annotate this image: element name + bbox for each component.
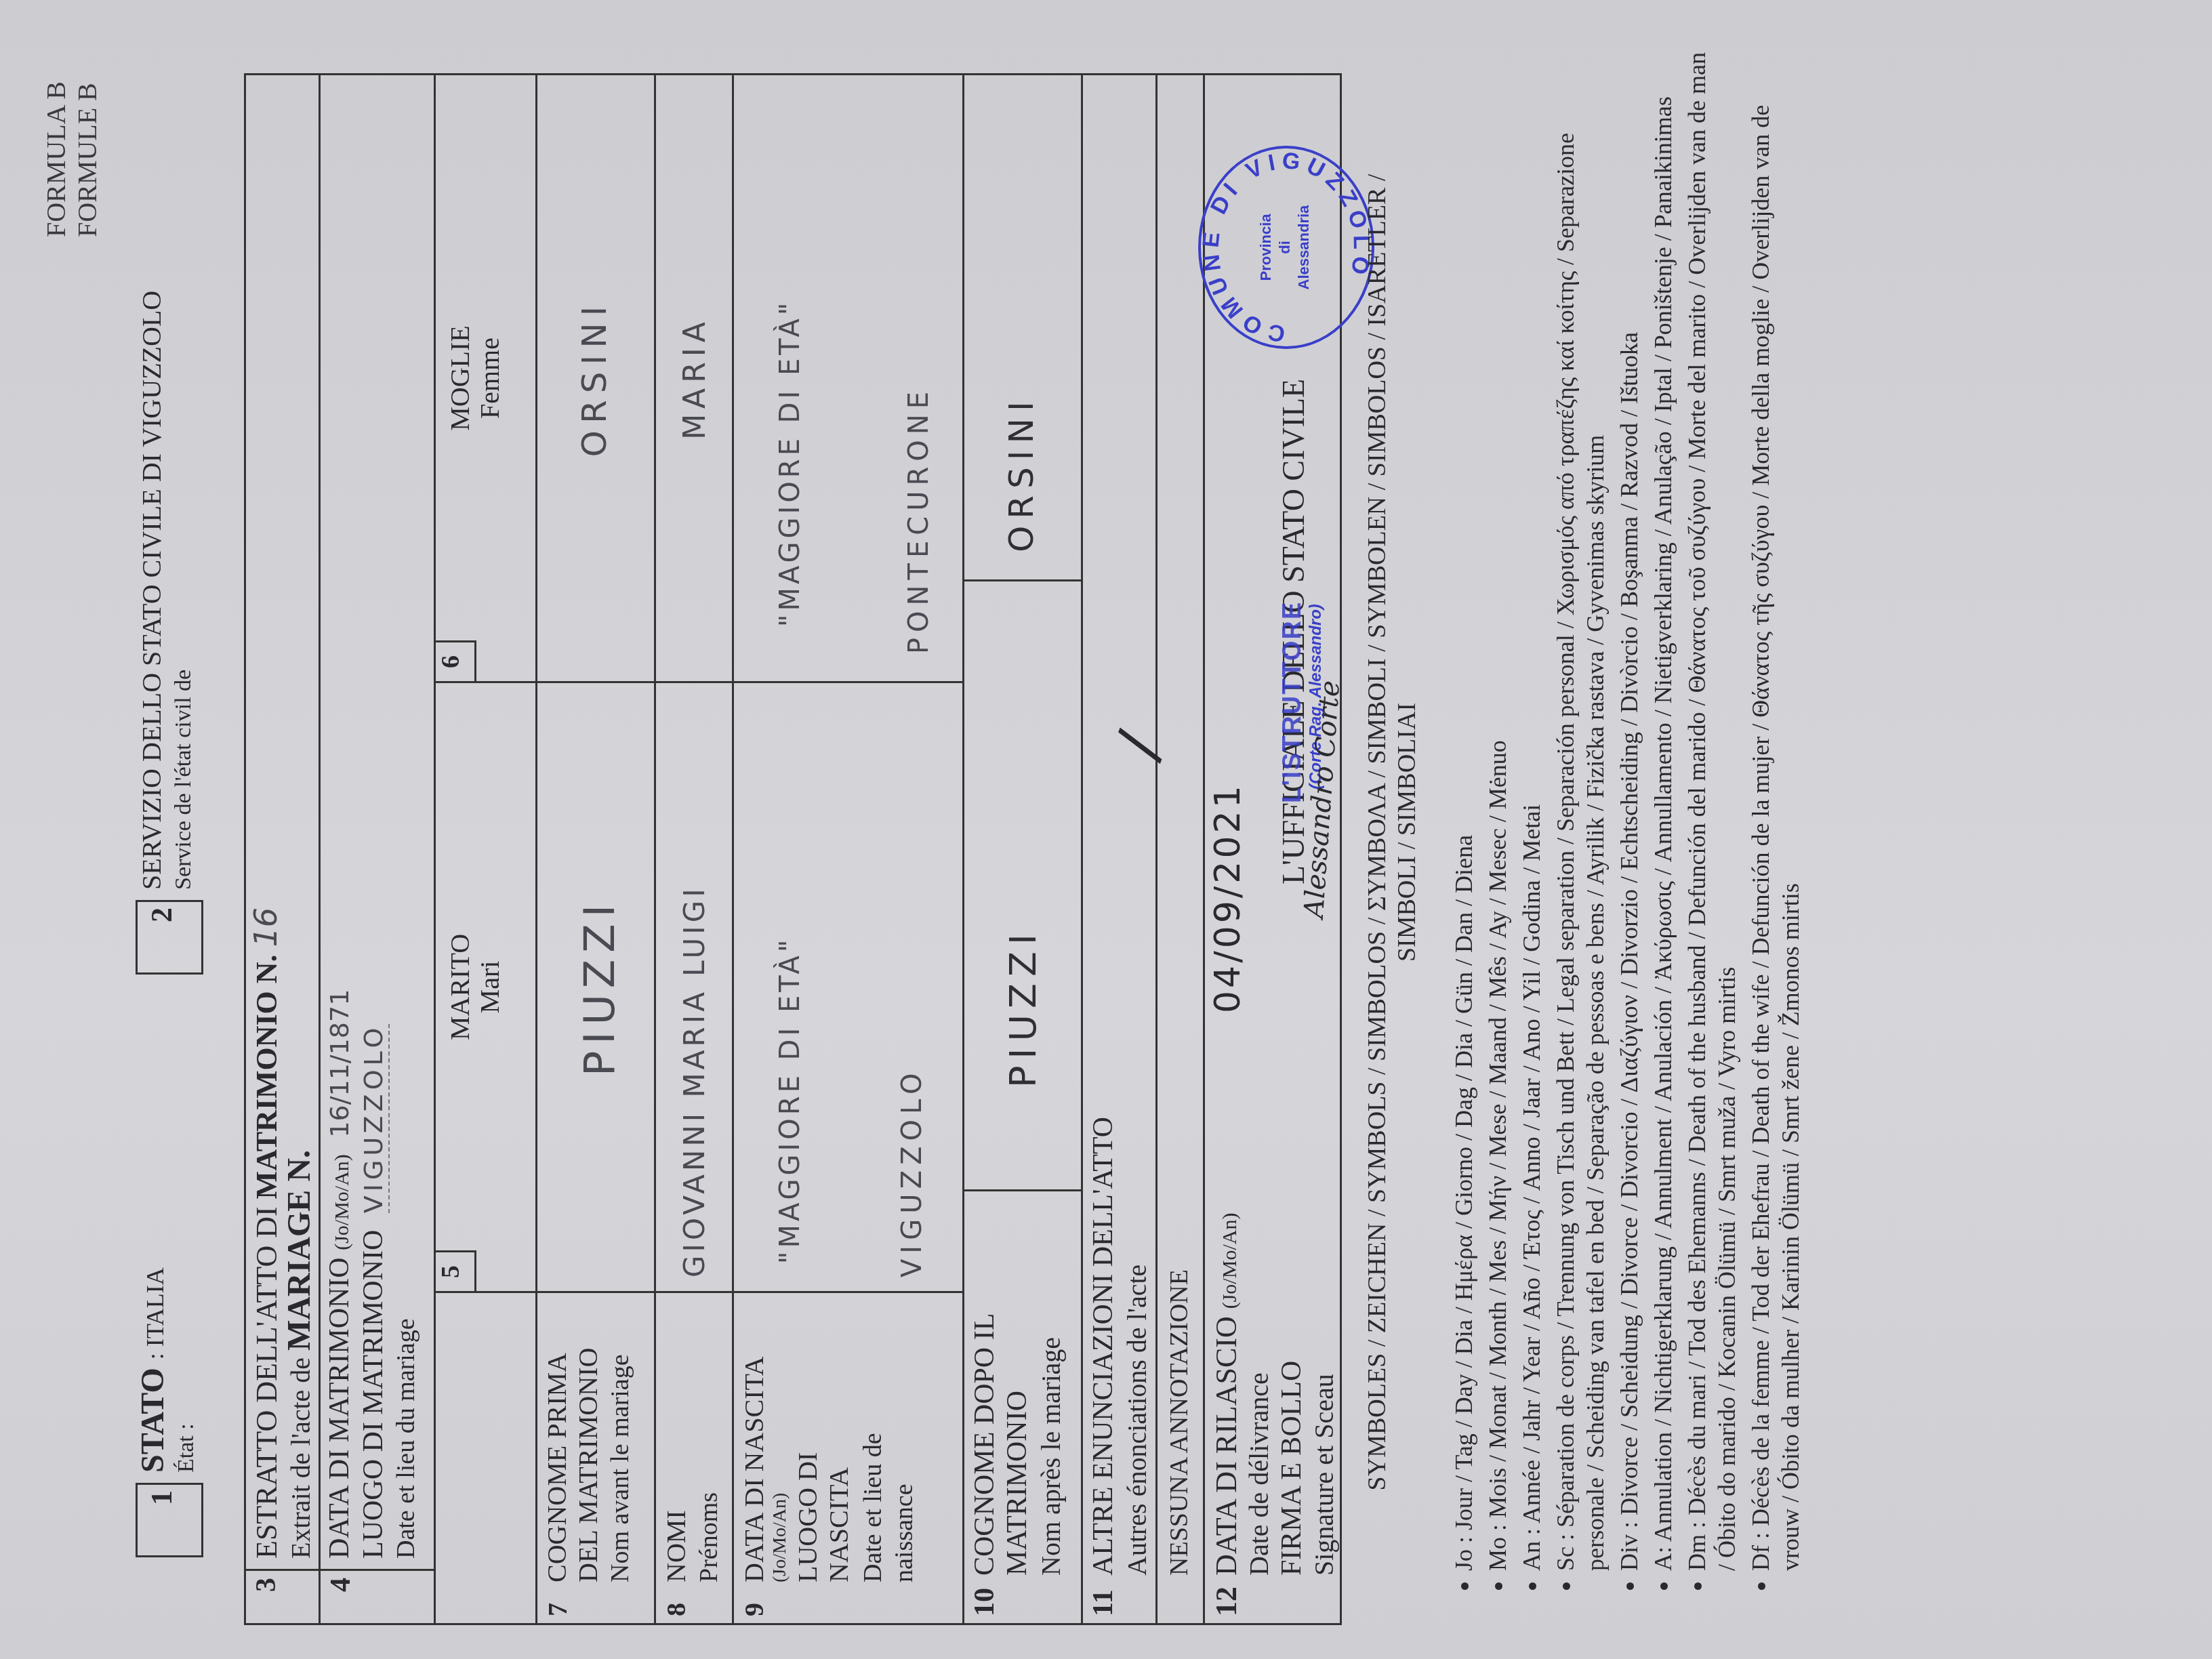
- marriage-date-field: DATA DI MATRIMONIO (Jo/Mo/An) 16/11/1871: [323, 989, 359, 1559]
- row-7-surname-before: 7 COGNOME PRIMA DEL MATRIMONIO Nom avant…: [537, 75, 656, 1623]
- symbol-item: An : Année / Jahr / Year / Año / Έτος / …: [1517, 39, 1547, 1571]
- wife-birth: "MAGGIORE DI ETÀ" PONTECURONE: [734, 75, 962, 681]
- formula-label: FORMULA B FORMULE B: [41, 81, 103, 237]
- husband-column-header: MARITO Mari: [436, 681, 535, 1291]
- stato-label-fr: État :: [173, 1423, 199, 1473]
- symbol-item: Jo : Jour / Tag / Day / Dia / Ημέρα / Gi…: [1449, 39, 1479, 1571]
- symbols-title: SYMBOLES / ZEICHEN / SYMBOLS / SIMBOLOS …: [1362, 39, 1422, 1625]
- column-headers: 5 MARITO Mari 6 MOGLIE Femme: [436, 75, 537, 1623]
- wife-column-header: MOGLIE Femme: [436, 75, 545, 681]
- section-4: 4 DATA DI MATRIMONIO (Jo/Mo/An) 16/11/18…: [321, 75, 436, 1623]
- symbol-item: Df : Décès de la femme / Tod der Ehefrau…: [1746, 39, 1805, 1571]
- husband-birth-place: VIGUZZOLO: [897, 1068, 928, 1277]
- husband-birth: "MAGGIORE DI ETÀ" VIGUZZOLO: [734, 681, 962, 1291]
- symbol-item: Sc : Séparation de corps / Trennung von …: [1551, 39, 1610, 1571]
- certificate-table: 3 ESTRATTO DELL'ATTO DI MATRIMONIO N. 16…: [244, 73, 1342, 1625]
- section-3: 3 ESTRATTO DELL'ATTO DI MATRIMONIO N. 16…: [246, 75, 321, 1623]
- row-8-names: 8 NOMI Prénoms GIOVANNI MARIA LUIGI MARI…: [656, 75, 734, 1623]
- husband-surname-before: PIUZZI: [537, 681, 654, 1291]
- section-12: 12 DATA DI RILASCIO (Jo/Mo/An) 04/09/202…: [1205, 75, 1340, 1623]
- stato-field: STATO : ITALIA: [136, 1267, 173, 1473]
- section-11-value-row: NESSUNA ANNOTAZIONE /: [1158, 75, 1205, 1623]
- municipal-seal: COMUNE DI VIGUZZOLO Provincia di Alessan…: [1198, 146, 1374, 349]
- marriage-place-field: LUOGO DI MATRIMONIO VIGUZZOLO: [357, 1024, 390, 1559]
- seal-center-text: Provincia di Alessandria: [1256, 148, 1313, 346]
- release-date-label: DATA DI RILASCIO (Jo/Mo/An): [1209, 1213, 1244, 1576]
- marriage-certificate-extract: FORMULA B FORMULE B 1 STATO : ITALIA Éta…: [0, 0, 2212, 1659]
- symbols-list: Jo : Jour / Tag / Day / Dia / Ημέρα / Gi…: [1449, 39, 1805, 1625]
- symbols-legend: SYMBOLES / ZEICHEN / SYMBOLS / SIMBOLOS …: [1362, 39, 1809, 1625]
- husband-names: GIOVANNI MARIA LUIGI: [656, 681, 732, 1291]
- section-3-title: ESTRATTO DELL'ATTO DI MATRIMONIO N. 16: [249, 907, 284, 1559]
- husband-birth-date: "MAGGIORE DI ETÀ": [775, 937, 806, 1264]
- service-label: SERVIZIO DELLO STATO CIVILE DI VIGUZZOLO: [136, 291, 168, 890]
- release-date-value: 04/09/2021: [1208, 783, 1248, 1013]
- header: 1 STATO : ITALIA État : 2 SERVIZIO DELLO…: [136, 66, 210, 1557]
- officer-stamp: L'ISTRUTTORE: [1278, 601, 1307, 803]
- wife-birth-date: "MAGGIORE DI ETÀ": [775, 300, 806, 627]
- marriage-place-value: VIGUZZOLO: [359, 1024, 390, 1214]
- section-3-subtitle: Extrait de l'acte de MARIAGE N.: [283, 1150, 318, 1559]
- marriage-number: 16: [247, 907, 284, 947]
- husband-surname-after: PIUZZI: [964, 579, 1081, 1189]
- symbol-item: A: Annulation / Nichtigerklarung / Annul…: [1648, 39, 1678, 1571]
- symbol-item: Dm : Décès du mari / Tod des Ehemanns / …: [1682, 39, 1742, 1571]
- service-label-fr: Service de l'état civil de: [171, 670, 197, 890]
- symbol-item: Div : Divorce / Scheidung / Divorce / Di…: [1614, 39, 1644, 1571]
- wife-surname-after: ORSINI: [964, 75, 1081, 579]
- row-9-birth: 9 DATA DI NASCITA (Jo/Mo/An) LUOGO DI NA…: [734, 75, 964, 1623]
- section-11: 11 ALTRE ENUNCIAZIONI DELL'ATTO Autres é…: [1083, 75, 1158, 1623]
- annotations-value: NESSUNA ANNOTAZIONE: [1164, 1269, 1194, 1576]
- box-2: 2: [136, 900, 203, 975]
- section-4-label-fr: Date et lieu du mariage: [391, 1318, 421, 1559]
- wife-birth-place: PONTECURONE: [903, 386, 935, 654]
- row-10-surname-after: 10 COGNOME DOPO IL MATRIMONIO Nom après …: [964, 75, 1083, 1623]
- box-1: 1: [136, 1483, 203, 1557]
- symbol-item: Mo : Mois / Monat / Month / Mes / Μήν / …: [1483, 39, 1513, 1571]
- marriage-date-value: 16/11/1871: [325, 989, 354, 1138]
